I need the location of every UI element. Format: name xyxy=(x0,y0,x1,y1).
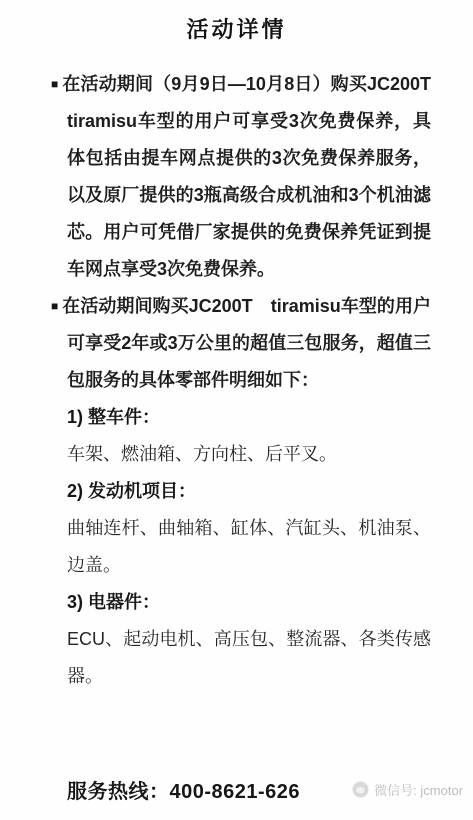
bullet-paragraph-text: 在活动期间（9月9日—10月8日）购买JC200T tiramisu车型的用户可… xyxy=(62,74,431,279)
page-title: 活动详情 xyxy=(0,0,473,44)
footer: 服务热线：400-8621-626 微信号: jcmotor xyxy=(67,775,463,804)
square-bullet-icon: ■ xyxy=(51,299,58,313)
bullet-paragraph-free-maintenance: ■在活动期间（9月9日—10月8日）购买JC200T tiramisu车型的用户… xyxy=(67,66,431,288)
section-heading-vehicle-parts: 1) 整车件： xyxy=(67,399,431,436)
wechat-account-logo-icon xyxy=(352,781,369,798)
section-body-electrical-parts: ECU、起动电机、高压包、整流器、各类传感器。 xyxy=(67,621,431,695)
wechat-watermark-text: 微信号: jcmotor xyxy=(374,780,463,799)
section-heading-engine-items: 2) 发动机项目： xyxy=(67,473,431,510)
square-bullet-icon: ■ xyxy=(51,77,58,91)
section-body-vehicle-parts: 车架、燃油箱、方向柱、后平叉。 xyxy=(67,436,431,473)
activity-detail-page: 活动详情 ■在活动期间（9月9日—10月8日）购买JC200T tiramisu… xyxy=(0,0,473,820)
bullet-paragraph-text: 在活动期间购买JC200T tiramisu车型的用户可享受2年或3万公里的超值… xyxy=(62,296,431,390)
content-body: ■在活动期间（9月9日—10月8日）购买JC200T tiramisu车型的用户… xyxy=(67,66,431,695)
service-hotline: 服务热线：400-8621-626 xyxy=(67,775,300,804)
wechat-watermark: 微信号: jcmotor xyxy=(352,780,463,799)
section-heading-electrical-parts: 3) 电器件： xyxy=(67,584,431,621)
section-body-engine-items: 曲轴连杆、曲轴箱、缸体、汽缸头、机油泵、边盖。 xyxy=(67,510,431,584)
bullet-paragraph-warranty: ■在活动期间购买JC200T tiramisu车型的用户可享受2年或3万公里的超… xyxy=(67,288,431,399)
